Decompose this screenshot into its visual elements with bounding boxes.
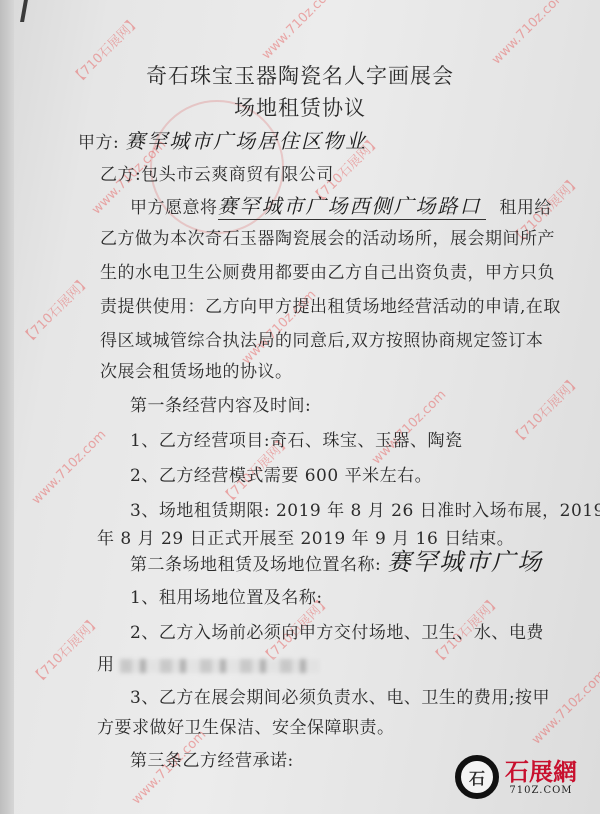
document-subtitle: 场地租赁协议 xyxy=(0,92,600,122)
para1-line: 生的水电卫生公厕费用都要由乙方自己出资负责，甲方只负 xyxy=(100,258,555,283)
para1-line: 乙方做为本次奇石玉器陶瓷展会的活动场所，展会期间所产 xyxy=(100,224,555,249)
para1-line: 次展会租赁场地的协议。 xyxy=(100,357,293,382)
watermark: www.710z.com xyxy=(489,0,569,68)
article1-item: 3、场地租赁期限: 2019 年 8 月 26 日准时入场布展，2019 xyxy=(130,496,600,521)
article1-item: 2、乙方经营模式需要 600 平米左右。 xyxy=(130,461,432,486)
article2-handwritten-name: 赛罕城市广场 xyxy=(387,548,543,576)
article3-heading: 第三条乙方经营承诺: xyxy=(130,746,294,771)
article2-item2-cont: 用 xyxy=(97,655,115,675)
article1-item: 1、乙方经营项目:奇石、珠宝、玉器、陶瓷 xyxy=(130,426,463,451)
logo-name-cn: 石展網 xyxy=(505,759,577,785)
party-b-line: 乙方:包头市云爽商贸有限公司 xyxy=(100,160,334,185)
watermark: 【710石展网】 xyxy=(26,611,103,688)
para1-line: 得区域城管综合执法局的同意后,双方按照协商规定签订本 xyxy=(100,326,543,351)
article2-item-cont: 用 xyxy=(97,650,320,675)
redacted-text xyxy=(120,659,320,673)
site-logo: 石 石展網 710Z.COM xyxy=(455,755,577,799)
para1-line: 责提供使用：乙方向甲方提出租赁场地经营活动的申请,在取 xyxy=(100,292,561,317)
watermark: 【710石展网】 xyxy=(506,371,583,448)
watermark: 【710石展网】 xyxy=(16,271,93,348)
party-a-line: 甲方: 赛罕城市广场居住区物业 xyxy=(78,125,367,154)
watermark: www.710z.com xyxy=(29,427,109,507)
article1-heading: 第一条经营内容及时间: xyxy=(130,391,311,416)
para1-prefix: 甲方愿意将 xyxy=(130,198,218,218)
article2-item: 2、乙方入场前必须向甲方交付场地、卫生、水、电费 xyxy=(130,618,544,643)
party-a-label: 甲方: xyxy=(78,133,119,153)
party-a-handwritten: 赛罕城市广场居住区物业 xyxy=(125,129,367,153)
edge-mark xyxy=(20,0,28,22)
paper-left-edge xyxy=(0,0,14,814)
para1-handwritten-location: 赛罕城市广场西侧广场路口 xyxy=(218,194,486,220)
article2-item: 1、租用场地位置及名称: xyxy=(130,583,323,608)
document-title: 奇石珠宝玉器陶瓷名人字画展会 xyxy=(0,60,600,90)
para1-suffix: 租用给 xyxy=(499,198,552,218)
logo-stone-icon: 石 xyxy=(455,755,499,799)
article2-item: 3、乙方在展会期间必须负责水、电、卫生的费用;按甲 xyxy=(130,683,550,708)
logo-name-en: 710Z.COM xyxy=(509,785,572,796)
article2-heading-line: 第二条场地租赁及场地位置名称: 赛罕城市广场 xyxy=(130,542,543,577)
article2-heading: 第二条场地租赁及场地位置名称: xyxy=(130,555,381,575)
article2-item-cont: 方要求做好卫生保洁、安全保障职责。 xyxy=(97,713,395,738)
watermark: www.710z.com xyxy=(259,0,339,63)
para1-first-line: 甲方愿意将赛罕城市广场西侧广场路口 租用给 xyxy=(130,190,552,219)
